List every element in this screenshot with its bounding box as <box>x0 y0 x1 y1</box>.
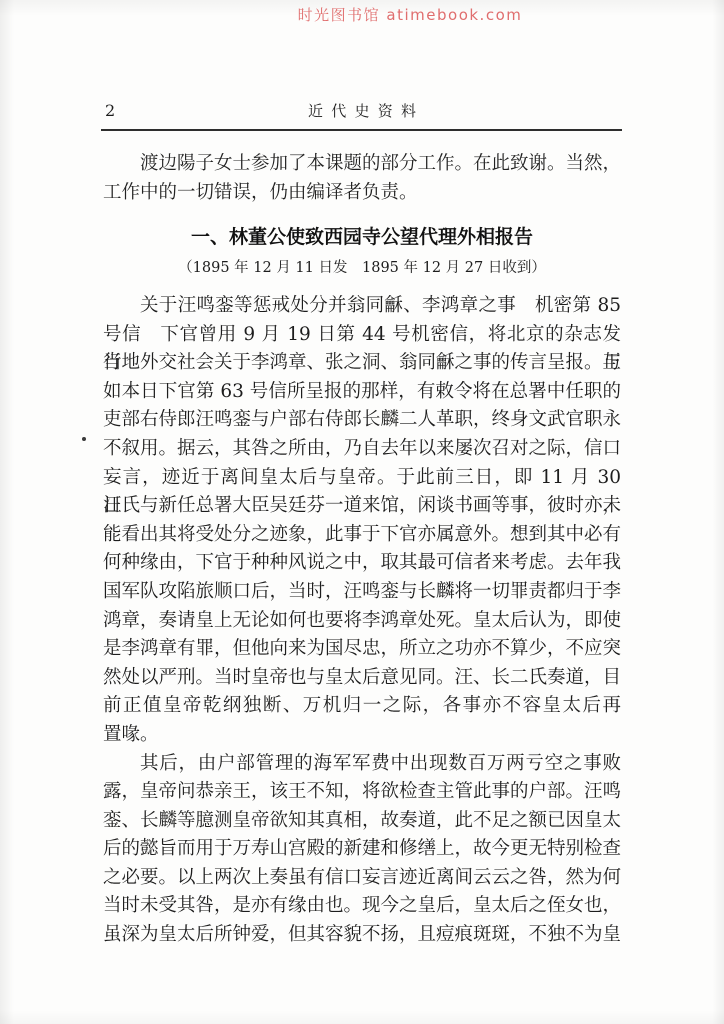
text-line: 当时未受其咎，是亦有缘由也。现今之皇后，皇太后之侄女也， <box>103 892 621 921</box>
text-line: 露，皇帝问恭亲王，该王不知，将欲检查主管此事的户部。汪鸣 <box>103 778 621 807</box>
library-watermark: 时光图书馆 atimebook.com <box>0 4 724 25</box>
text-line: 何种缘由，下官于种种风说之中，取其最可信者来考虑。去年我 <box>103 549 621 578</box>
text-line: 后的懿旨而用于万寿山宫殿的新建和修缮上，故今更无特别检查 <box>103 835 621 864</box>
text-line: 是李鸿章有罪，但他向来为国尽忠，所立之功亦不算少，不应突 <box>103 635 621 664</box>
text-line: 当地外交社会关于李鸿章、张之洞、翁同龢之事的传言呈报。正 <box>103 349 621 378</box>
text-line: 汪氏与新任总署大臣吴廷芬一道来馆，闲谈书画等事，彼时亦未 <box>103 492 621 521</box>
text-line: 关于汪鸣銮等惩戒处分并翁同龢、李鸿章之事 机密第 85 <box>103 292 621 321</box>
text-line: 国军队攻陷旅顺口后，当时，汪鸣銮与长麟将一切罪责都归于李 <box>103 578 621 607</box>
page-header: 2 近代史资料 <box>103 100 621 124</box>
text-line: 置喙。 <box>103 721 621 750</box>
translator-note: 渡边陽子女士参加了本课题的部分工作。在此致谢。当然， 工作中的一切错误，仍由编译… <box>103 150 621 207</box>
scanned-book-page: 时光图书馆 atimebook.com 2 近代史资料 渡边陽子女士参加了本课题… <box>0 0 724 1024</box>
text-line: 其后，由户部管理的海军军费中出现数百万两亏空之事败 <box>103 750 621 779</box>
text-line: 工作中的一切错误，仍由编译者负责。 <box>103 179 621 208</box>
header-rule <box>101 129 622 131</box>
running-title: 近代史资料 <box>103 100 621 121</box>
text-line: 号信 下官曾用 9 月 19 日第 44 号机密信，将北京的杂志发行与 <box>103 321 621 350</box>
dispatch-dates: （1895 年 12 月 11 日发 1895 年 12 月 27 日收到） <box>103 256 621 277</box>
text-line: 鸿章，奏请皇上无论如何也要将李鸿章处死。皇太后认为，即使 <box>103 607 621 636</box>
scan-artifact <box>82 437 86 441</box>
page-number: 2 <box>105 101 115 120</box>
text-line: 虽深为皇太后所钟爱，但其容貌不扬，且痘痕斑斑，不独不为皇 <box>103 921 621 950</box>
text-line: 之必要。以上两次上奏虽有信口妄言迹近离间云云之咎，然为何 <box>103 864 621 893</box>
section-title: 一、林董公使致西园寺公望代理外相报告 <box>103 222 621 249</box>
report-body: 关于汪鸣銮等惩戒处分并翁同龢、李鸿章之事 机密第 85 号信 下官曾用 9 月 … <box>103 292 621 950</box>
text-line: 銮、长麟等臆测皇帝欲知其真相，故奏道，此不足之额已因皇太 <box>103 807 621 836</box>
text-line: 如本日下官第 63 号信所呈报的那样，有敕令将在总署中任职的 <box>103 378 621 407</box>
text-line: 妄言，迹近于离间皇太后与皇帝。于此前三日，即 11 月 30 日， <box>103 464 621 493</box>
text-line: 不叙用。据云，其咎之所由，乃自去年以来屡次召对之际，信口 <box>103 435 621 464</box>
text-line: 能看出其将受处分之迹象，此事于下官亦属意外。想到其中必有 <box>103 521 621 550</box>
text-line: 前正值皇帝乾纲独断、万机归一之际，各事亦不容皇太后再 <box>103 692 621 721</box>
text-line: 然处以严刑。当时皇帝也与皇太后意见同。汪、长二氏奏道，目 <box>103 664 621 693</box>
text-line: 渡边陽子女士参加了本课题的部分工作。在此致谢。当然， <box>103 150 621 179</box>
text-line: 吏部右侍郎汪鸣銮与户部右侍郎长麟二人革职，终身文武官职永 <box>103 406 621 435</box>
